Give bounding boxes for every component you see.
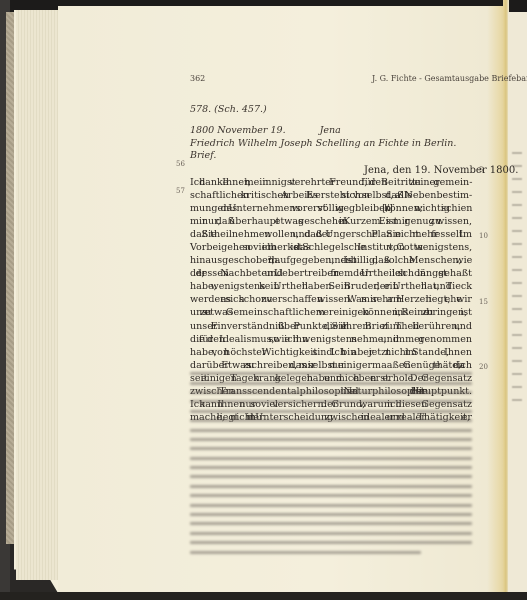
footnote-text-blur (190, 466, 472, 469)
footnote-text-blur (190, 447, 472, 450)
footnote-line (190, 454, 472, 463)
footnote-text-blur (190, 541, 472, 544)
letter-place: Jena (320, 125, 341, 136)
margin-number: 57 (176, 187, 185, 195)
footnote-text-blur (190, 429, 472, 432)
page-number: 362 (190, 74, 205, 83)
footnote-line (190, 529, 472, 538)
footnote-text-blur (190, 410, 472, 413)
body-line: habe, wenigstens kein Urtheil haben. Sei… (190, 280, 472, 293)
body-line: uns zu etwas Gemeinschaftlichem vereinig… (190, 306, 472, 319)
letter-date: 1800 November 19. (190, 125, 286, 136)
footnote-text-blur (190, 485, 472, 488)
footnote-line (190, 463, 472, 472)
footnote-line (190, 378, 472, 387)
footnote-text-blur (190, 438, 472, 441)
page-content: 362 J. G. Fichte - Gesamtausgabe Briefeb… (0, 0, 527, 600)
footnote-line (190, 435, 472, 444)
body-line: habe, von höchster Wichtigkeit sind. Ich… (190, 346, 472, 359)
body-line: Ich danke Ihnen ¹, mein innigst verehrte… (190, 176, 472, 189)
line-number: 15 (479, 298, 488, 306)
footnote-line (190, 444, 472, 453)
body-line: der ³, dessen Nachbeten und Uebertreiben… (190, 267, 472, 280)
footnote-line (190, 547, 472, 556)
footnote-text-blur (190, 513, 472, 516)
footnote-line (190, 519, 472, 528)
footnote-line (190, 416, 472, 425)
footnote-text-blur (190, 400, 472, 403)
correspondents: Friedrich Wilhelm Joseph Schelling an Fi… (190, 138, 456, 151)
body-line: Vorbeigehen soviel ich merke ist das Sch… (190, 241, 472, 254)
footnote-text-blur (190, 391, 472, 394)
letter-id: 578. (Sch. 457.) (190, 104, 267, 115)
footnote-line (190, 538, 472, 547)
footnote-text-blur (190, 419, 472, 422)
running-head: J. G. Fichte - Gesamtausgabe Briefeband … (372, 74, 527, 83)
body-line: unser Einverständniß über Punkte, die Si… (190, 320, 472, 333)
footnote-text-blur (190, 494, 472, 497)
footnote-line (190, 425, 472, 434)
footnote-text-blur (190, 382, 472, 385)
document-type: Brief. (190, 150, 456, 163)
footnotes-blurred (190, 369, 472, 557)
body-line: die für den Idealismus, so wie ich ihn w… (190, 333, 472, 346)
footnote-line (190, 369, 472, 378)
margin-number: 56 (176, 160, 185, 168)
footnote-text-blur (190, 457, 472, 460)
footnote-line (190, 397, 472, 406)
body-line: schaftlichen kritischen Arbeit. Es verst… (190, 189, 472, 202)
body-line: mungen des Unternehmens vorerst völlig w… (190, 202, 472, 215)
body-line: daß Sie theilnehmen wollen, und daß der … (190, 228, 472, 241)
body-line: hinausgeschoben ², d. h. aufgegeben, und… (190, 254, 472, 267)
footnote-text-blur (190, 504, 472, 507)
body-line: mir nur, daß überhaupt etwas geschehe in… (190, 215, 472, 228)
footnote-line (190, 491, 472, 500)
letter-metadata: 1800 November 19.Jena Friedrich Wilhelm … (190, 125, 456, 163)
dateline: Jena, den 19. November 1800. (364, 165, 518, 176)
footnote-text-blur (190, 475, 472, 478)
footnote-text-blur (190, 522, 472, 525)
line-number: 20 (479, 363, 488, 371)
date-place: 1800 November 19.Jena (190, 125, 456, 138)
footnote-line (190, 407, 472, 416)
footnote-line (190, 510, 472, 519)
footnote-text-blur (190, 372, 472, 375)
footnote-text-blur (190, 532, 472, 535)
footnote-text-blur (190, 551, 421, 554)
footnote-line (190, 388, 472, 397)
footnote-line (190, 472, 472, 481)
line-number: 10 (479, 232, 488, 240)
body-line: werden es sich schon zu verschaffen wiss… (190, 293, 472, 306)
footnote-line (190, 482, 472, 491)
footnote-line (190, 500, 472, 509)
